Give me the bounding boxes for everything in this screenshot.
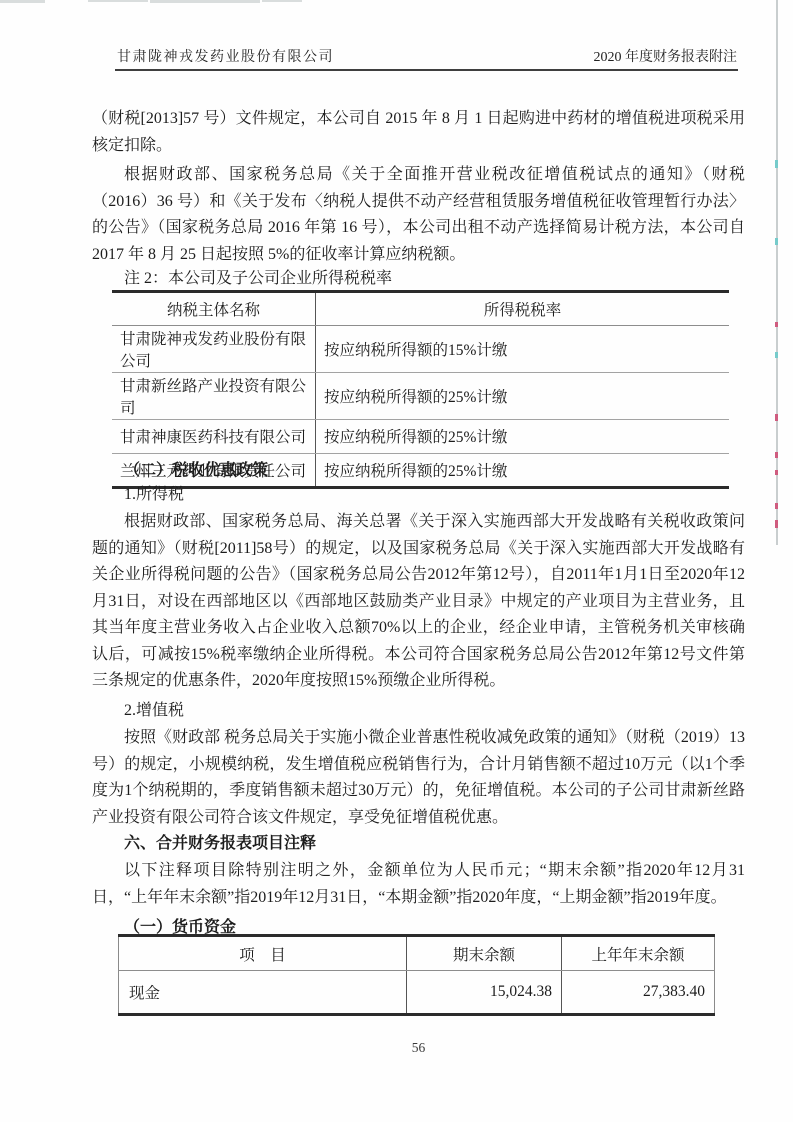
table-row: 甘肃神康医药科技有限公司 按应纳税所得额的25%计缴 <box>112 420 729 454</box>
section-heading-consolidated-notes: 六、合并财务报表项目注释 <box>92 831 745 858</box>
subsection-heading-vat: 2.增值税 <box>92 698 745 725</box>
taxpayer-name-cell: 甘肃新丝路产业投资有限公司 <box>112 373 316 420</box>
paragraph-notes-intro: 以下注释项目除特别注明之外，金额单位为人民币元；“期末余额”指2020年12月3… <box>92 858 745 911</box>
taxpayer-name-cell: 甘肃神康医药科技有限公司 <box>112 420 316 454</box>
taxpayer-name-header: 纳税主体名称 <box>112 292 316 326</box>
item-cell: 现金 <box>119 971 407 1015</box>
prior-year-balance-cell: 27,383.40 <box>562 971 715 1015</box>
scan-smudge <box>88 0 148 2</box>
scan-speck <box>775 520 778 528</box>
scan-edge-line <box>776 0 778 545</box>
monetary-funds-table: 项 目 期末余额 上年年末余额 现金 15,024.38 27,383.40 <box>118 934 715 1016</box>
header-rule <box>115 69 738 71</box>
taxpayer-name-cell: 甘肃陇神戎发药业股份有限公司 <box>112 326 316 373</box>
item-header: 项 目 <box>119 936 407 971</box>
paragraph-income-tax: 根据财政部、国家税务总局、海关总署《关于深入实施西部大开发战略有关税收政策问题的… <box>92 509 745 695</box>
ending-balance-header: 期末余额 <box>407 936 562 971</box>
scan-smudge <box>262 0 302 2</box>
scan-speck <box>775 414 778 421</box>
scan-speck <box>775 452 778 458</box>
table-row: 现金 15,024.38 27,383.40 <box>119 971 715 1015</box>
paragraph-vat-deduction: （财税[2013]57 号）文件规定，本公司自 2015 年 8 月 1 日起购… <box>92 106 745 159</box>
doc-title: 2020 年度财务报表附注 <box>594 46 738 66</box>
subsection-heading-income-tax: 1.所得税 <box>92 482 745 509</box>
note2-heading: 注 2：本公司及子公司企业所得税税率 <box>92 266 745 293</box>
table-header-row: 纳税主体名称 所得税税率 <box>112 292 729 326</box>
scan-smudge <box>0 0 45 3</box>
document-page: 甘肃陇神戎发药业股份有限公司 2020 年度财务报表附注 （财税[2013]57… <box>0 0 793 1122</box>
paragraph-vat-policy: 根据财政部、国家税务总局《关于全面推开营业税改征增值税试点的通知》（财税（201… <box>92 162 745 268</box>
table-row: 甘肃新丝路产业投资有限公司 按应纳税所得额的25%计缴 <box>112 373 729 420</box>
paragraph-vat: 按照《财政部 税务总局关于实施小微企业普惠性税收减免政策的通知》（财税（2019… <box>92 725 745 831</box>
page-header: 甘肃陇神戎发药业股份有限公司 2020 年度财务报表附注 <box>117 46 737 66</box>
tax-rate-cell: 按应纳税所得额的25%计缴 <box>316 420 730 454</box>
table-row: 甘肃陇神戎发药业股份有限公司 按应纳税所得额的15%计缴 <box>112 326 729 373</box>
tax-rate-cell: 按应纳税所得额的25%计缴 <box>316 373 730 420</box>
table-header-row: 项 目 期末余额 上年年末余额 <box>119 936 715 971</box>
page-number: 56 <box>92 1040 745 1056</box>
ending-balance-cell: 15,024.38 <box>407 971 562 1015</box>
prior-year-balance-header: 上年年末余额 <box>562 936 715 971</box>
company-name: 甘肃陇神戎发药业股份有限公司 <box>117 46 334 66</box>
scan-speck <box>775 352 778 358</box>
tax-rate-cell: 按应纳税所得额的15%计缴 <box>316 326 730 373</box>
scan-speck <box>775 238 778 245</box>
scan-speck <box>775 470 778 475</box>
tax-rate-header: 所得税税率 <box>316 292 730 326</box>
scan-smudge <box>150 0 260 3</box>
scan-speck <box>775 160 778 168</box>
section-heading-tax-incentive: （二）税收优惠政策 <box>92 458 745 485</box>
scan-speck <box>775 322 778 327</box>
scan-speck <box>775 503 778 509</box>
